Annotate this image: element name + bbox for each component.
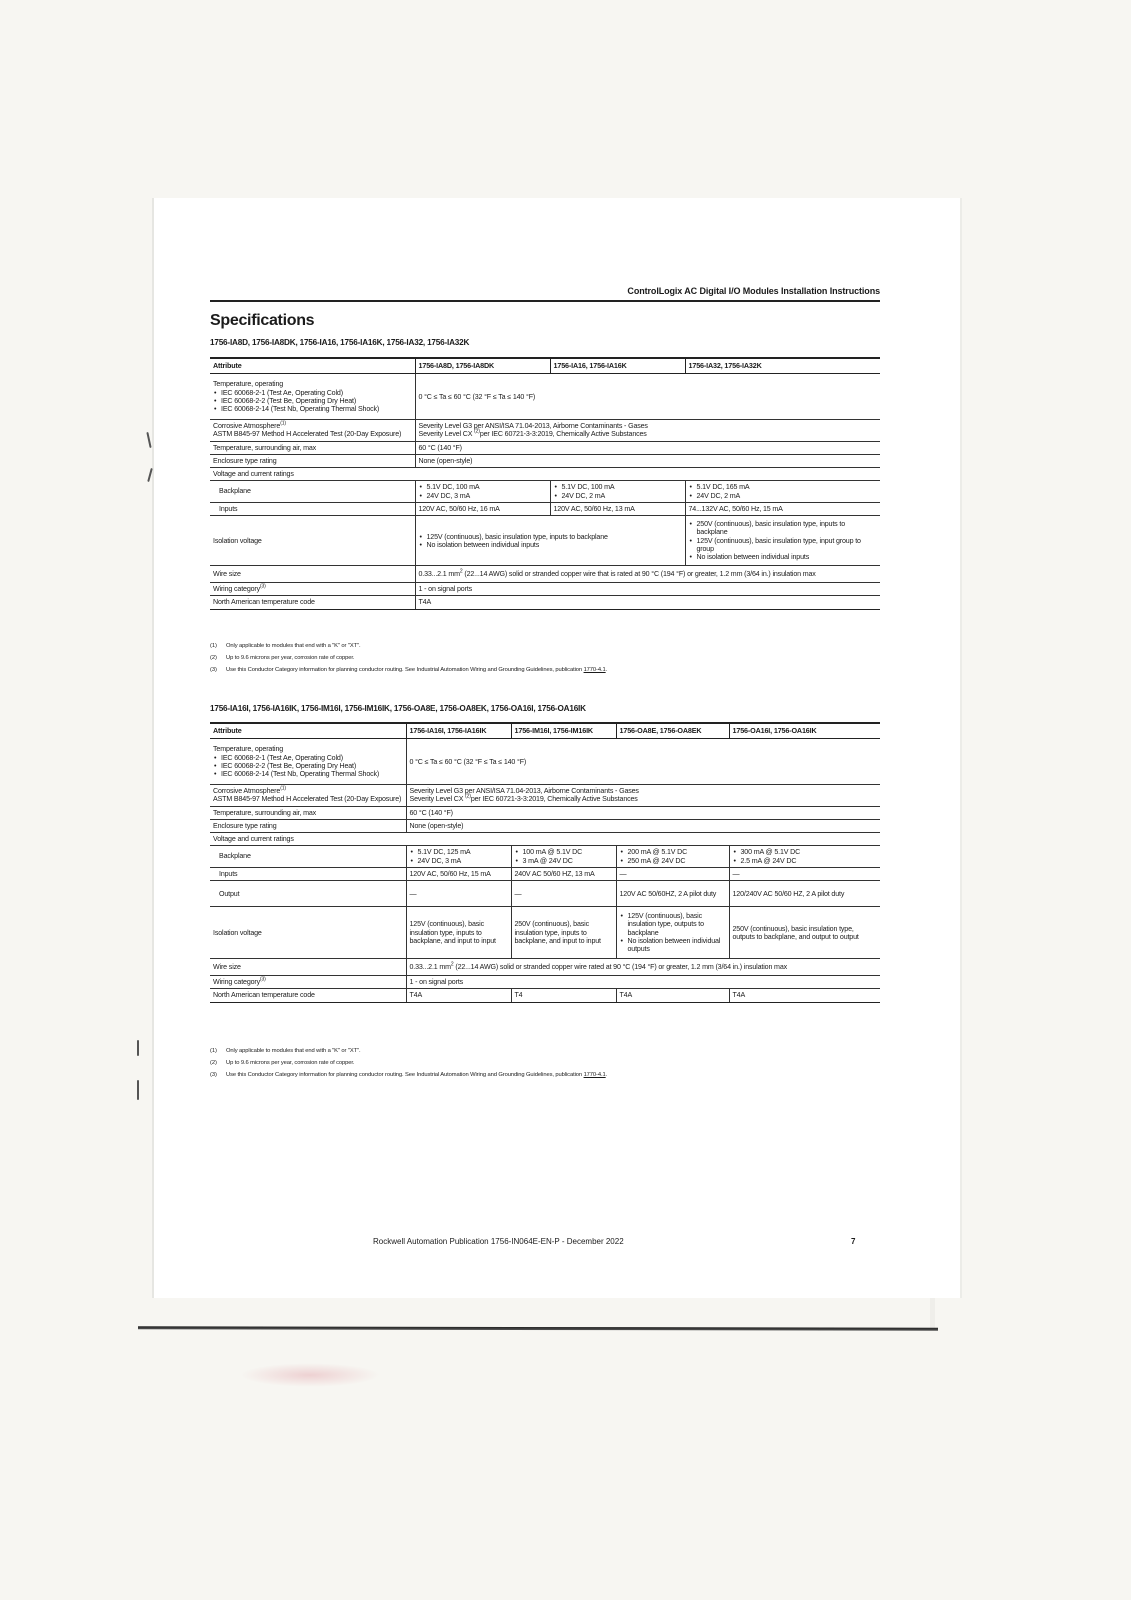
value-cell: 5.1V DC, 125 mA24V DC, 3 mA [406, 846, 511, 868]
footnote: (3)Use this Conductor Category informati… [210, 1072, 880, 1078]
value-cell: 100 mA @ 5.1V DC3 mA @ 24V DC [511, 846, 616, 868]
attribute-cell: Inputs [210, 868, 406, 881]
table-row: Wire size 0.33...2.1 mm2 (22...14 AWG) s… [210, 566, 880, 583]
attribute-cell: Wire size [210, 959, 406, 976]
column-header: 1756-OA16I, 1756-OA16IK [729, 723, 880, 739]
value-cell: T4A [415, 596, 880, 609]
attribute-cell: Corrosive Atmosphere(1) ASTM B845-97 Met… [210, 420, 415, 441]
running-head: ControlLogix AC Digital I/O Modules Inst… [210, 286, 880, 296]
value-cell: 240V AC 50/60 HZ, 13 mA [511, 868, 616, 881]
table-row: North American temperature code T4A T4 T… [210, 989, 880, 1002]
bullet-item: 250 mA @ 24V DC [628, 857, 726, 865]
bullet-item: IEC 60068-2-2 (Test Be, Operating Dry He… [221, 397, 412, 405]
ink-smudge [240, 1363, 380, 1387]
value-cell: 0 °C ≤ Ta ≤ 60 °C (32 °F ≤ Ta ≤ 140 °F) [415, 374, 880, 420]
table-row: Temperature, surrounding air, max 60 °C … [210, 806, 880, 819]
footnote-number: (2) [210, 1060, 226, 1066]
table-row: Isolation voltage 125V (continuous), bas… [210, 907, 880, 959]
bullet-item: 300 mA @ 5.1V DC [741, 848, 878, 856]
footnote-text: Only applicable to modules that end with… [226, 1048, 361, 1054]
bullet-item: 24V DC, 2 mA [697, 492, 878, 500]
table-row: Enclosure type rating None (open-style) [210, 454, 880, 467]
footnote: (1)Only applicable to modules that end w… [210, 643, 880, 649]
bullet-item: IEC 60068-2-14 (Test Nb, Operating Therm… [221, 405, 412, 413]
bullet-item: IEC 60068-2-1 (Test Ae, Operating Cold) [221, 389, 412, 397]
value-cell: Severity Level G3 per ANSI/ISA 71.04-201… [415, 420, 880, 441]
value-cell: 0.33...2.1 mm2 (22...14 AWG) solid or st… [415, 566, 880, 583]
column-header: 1756-IM16I, 1756-IM16IK [511, 723, 616, 739]
table-row: Isolation voltage 125V (continuous), bas… [210, 516, 880, 566]
attribute-cell: Temperature, operating IEC 60068-2-1 (Te… [210, 374, 415, 420]
bullet-item: 5.1V DC, 100 mA [562, 483, 682, 491]
table2-footnotes: (1)Only applicable to modules that end w… [210, 1048, 880, 1084]
spec-table-1: Attribute 1756-IA8D, 1756-IA8DK 1756-IA1… [210, 357, 880, 610]
spec-table-2: Attribute 1756-IA16I, 1756-IA16IK 1756-I… [210, 722, 880, 1003]
value-text: (22...14 AWG) solid or stranded copper w… [463, 570, 816, 578]
table-row: Temperature, operating IEC 60068-2-1 (Te… [210, 374, 880, 420]
bullet-list: IEC 60068-2-1 (Test Ae, Operating Cold) … [213, 389, 412, 413]
attribute-cell: Wiring category(3) [210, 976, 406, 989]
attribute-cell: Isolation voltage [210, 907, 406, 959]
footnote-text: Up to 9.6 microns per year, corrosion ra… [226, 1060, 354, 1066]
value-cell: None (open-style) [406, 819, 880, 832]
column-header: Attribute [210, 358, 415, 374]
value-cell: 120V AC 50/60HZ, 2 A pilot duty [616, 881, 729, 907]
column-header: 1756-IA16I, 1756-IA16IK [406, 723, 511, 739]
value-cell: T4A [406, 989, 511, 1002]
attribute-label: Wiring category [213, 585, 260, 593]
footnote-text: Use this Conductor Category information … [226, 1072, 584, 1078]
column-header: Attribute [210, 723, 406, 739]
scan-mark [137, 1080, 139, 1100]
footnote-number: (1) [210, 1048, 226, 1054]
value-cell: 250V (continuous), basic insulation type… [729, 907, 880, 959]
page-title: Specifications [210, 312, 314, 330]
value-cell: T4A [616, 989, 729, 1002]
attribute-label: Corrosive Atmosphere [213, 422, 280, 430]
table-section-row: Voltage and current ratings [210, 467, 880, 480]
footnote: (2)Up to 9.6 microns per year, corrosion… [210, 1060, 880, 1066]
bullet-item: 5.1V DC, 100 mA [427, 483, 547, 491]
bullet-item: 5.1V DC, 125 mA [418, 848, 508, 856]
table-row: Inputs 120V AC, 50/60 Hz, 15 mA 240V AC … [210, 868, 880, 881]
table1-footnotes: (1)Only applicable to modules that end w… [210, 643, 880, 679]
bullet-item: IEC 60068-2-2 (Test Be, Operating Dry He… [221, 762, 403, 770]
section-label: Voltage and current ratings [210, 832, 880, 845]
value-cell: 125V (continuous), basic insulation type… [415, 516, 685, 566]
attribute-cell: Output [210, 881, 406, 907]
attribute-label: Temperature, operating [213, 380, 412, 388]
attribute-cell: Backplane [210, 846, 406, 868]
value-cell: 0 °C ≤ Ta ≤ 60 °C (32 °F ≤ Ta ≤ 140 °F) [406, 739, 880, 785]
attribute-label: ASTM B845-97 Method H Accelerated Test (… [213, 795, 403, 803]
page-bottom-edge [138, 1326, 938, 1330]
attribute-cell: Corrosive Atmosphere(1) ASTM B845-97 Met… [210, 785, 406, 806]
value-cell: T4A [729, 989, 880, 1002]
value-cell: 74...132V AC, 50/60 Hz, 15 mA [685, 503, 880, 516]
bullet-list: IEC 60068-2-1 (Test Ae, Operating Cold) … [213, 754, 403, 778]
column-header: 1756-IA32, 1756-IA32K [685, 358, 880, 374]
table-row: Temperature, operating IEC 60068-2-1 (Te… [210, 739, 880, 785]
bullet-item: No isolation between individual outputs [628, 937, 726, 953]
scan-mark [137, 1040, 139, 1056]
table-row: Wiring category(3) 1 - on signal ports [210, 976, 880, 989]
bullet-item: 125V (continuous), basic insulation type… [427, 533, 682, 541]
attribute-cell: Wiring category(3) [210, 583, 415, 596]
table-row: Enclosure type rating None (open-style) [210, 819, 880, 832]
table-row: Output — — 120V AC 50/60HZ, 2 A pilot du… [210, 881, 880, 907]
footnote-ref: (1) [280, 786, 286, 792]
footnote-text: Use this Conductor Category information … [226, 667, 584, 673]
value-text: per IEC 60721-3-3:2019, Chemically Activ… [480, 430, 647, 438]
footnote-text: . [606, 667, 608, 673]
table-row: Inputs 120V AC, 50/60 Hz, 16 mA 120V AC,… [210, 503, 880, 516]
page-number: 7 [851, 1237, 855, 1246]
bullet-item: 24V DC, 3 mA [418, 857, 508, 865]
table-row: Backplane 5.1V DC, 100 mA24V DC, 3 mA 5.… [210, 481, 880, 503]
value-cell: — [729, 868, 880, 881]
value-text: Severity Level CX [410, 795, 466, 803]
publication-link[interactable]: 1770-4.1 [584, 667, 606, 673]
table-row: Corrosive Atmosphere(1) ASTM B845-97 Met… [210, 785, 880, 806]
attribute-cell: Enclosure type rating [210, 454, 415, 467]
value-text: per IEC 60721-3-3:2019, Chemically Activ… [471, 795, 638, 803]
scan-mark [146, 432, 151, 448]
bullet-item: 24V DC, 3 mA [427, 492, 547, 500]
table1-caption: 1756-IA8D, 1756-IA8DK, 1756-IA16, 1756-I… [210, 338, 469, 347]
table-header-row: Attribute 1756-IA16I, 1756-IA16IK 1756-I… [210, 723, 880, 739]
value-text: 0.33...2.1 mm [410, 963, 451, 971]
attribute-cell: Isolation voltage [210, 516, 415, 566]
bullet-item: 125V (continuous), basic insulation type… [697, 537, 878, 553]
table-header-row: Attribute 1756-IA8D, 1756-IA8DK 1756-IA1… [210, 358, 880, 374]
value-cell: None (open-style) [415, 454, 880, 467]
value-cell: 300 mA @ 5.1V DC2.5 mA @ 24V DC [729, 846, 880, 868]
table-row: Backplane 5.1V DC, 125 mA24V DC, 3 mA 10… [210, 846, 880, 868]
value-cell: Severity Level G3 per ANSI/ISA 71.04-201… [406, 785, 880, 806]
bullet-item: No isolation between individual inputs [697, 553, 878, 561]
value-cell: T4 [511, 989, 616, 1002]
attribute-label: Corrosive Atmosphere [213, 787, 280, 795]
value-cell: 1 - on signal ports [415, 583, 880, 596]
bullet-item: 3 mA @ 24V DC [523, 857, 613, 865]
value-text: (22...14 AWG) solid or stranded copper w… [454, 963, 787, 971]
footnote-ref: (3) [260, 977, 266, 983]
attribute-cell: North American temperature code [210, 989, 406, 1002]
value-cell: 120V AC, 50/60 Hz, 15 mA [406, 868, 511, 881]
attribute-cell: Temperature, operating IEC 60068-2-1 (Te… [210, 739, 406, 785]
bullet-item: 200 mA @ 5.1V DC [628, 848, 726, 856]
value-cell: 200 mA @ 5.1V DC250 mA @ 24V DC [616, 846, 729, 868]
value-cell: — [616, 868, 729, 881]
value-cell: 60 °C (140 °F) [415, 441, 880, 454]
footnote-number: (3) [210, 667, 226, 673]
value-text: Severity Level CX [419, 430, 475, 438]
column-header: 1756-IA16, 1756-IA16K [550, 358, 685, 374]
footnote-text: . [606, 1072, 608, 1078]
attribute-cell: Enclosure type rating [210, 819, 406, 832]
footnote-number: (1) [210, 643, 226, 649]
table-row: Wiring category(3) 1 - on signal ports [210, 583, 880, 596]
footnote-ref: (3) [260, 584, 266, 590]
attribute-label: Wiring category [213, 978, 260, 986]
bullet-item: IEC 60068-2-14 (Test Nb, Operating Therm… [221, 770, 403, 778]
footnote: (2)Up to 9.6 microns per year, corrosion… [210, 655, 880, 661]
attribute-label: ASTM B845-97 Method H Accelerated Test (… [213, 430, 412, 438]
bullet-item: 5.1V DC, 165 mA [697, 483, 878, 491]
footnote-number: (3) [210, 1072, 226, 1078]
section-label: Voltage and current ratings [210, 467, 880, 480]
footnote: (3)Use this Conductor Category informati… [210, 667, 880, 673]
value-cell: 120V AC, 50/60 Hz, 16 mA [415, 503, 550, 516]
table2-caption: 1756-IA16I, 1756-IA16IK, 1756-IM16I, 175… [210, 704, 586, 713]
value-cell: 5.1V DC, 100 mA24V DC, 3 mA [415, 481, 550, 503]
bullet-item: IEC 60068-2-1 (Test Ae, Operating Cold) [221, 754, 403, 762]
attribute-cell: Backplane [210, 481, 415, 503]
column-header: 1756-IA8D, 1756-IA8DK [415, 358, 550, 374]
value-cell: 120/240V AC 50/60 HZ, 2 A pilot duty [729, 881, 880, 907]
attribute-cell: North American temperature code [210, 596, 415, 609]
bullet-item: 100 mA @ 5.1V DC [523, 848, 613, 856]
column-header: 1756-OA8E, 1756-OA8EK [616, 723, 729, 739]
table-row: North American temperature code T4A [210, 596, 880, 609]
bullet-item: No isolation between individual inputs [427, 541, 682, 549]
value-cell: 60 °C (140 °F) [406, 806, 880, 819]
value-cell: 5.1V DC, 100 mA24V DC, 2 mA [550, 481, 685, 503]
value-text: 0.33...2.1 mm [419, 570, 460, 578]
header-rule [210, 300, 880, 302]
attribute-cell: Temperature, surrounding air, max [210, 441, 415, 454]
table-row: Wire size 0.33...2.1 mm2 (22...14 AWG) s… [210, 959, 880, 976]
attribute-cell: Temperature, surrounding air, max [210, 806, 406, 819]
value-cell: 250V (continuous), basic insulation type… [511, 907, 616, 959]
value-cell: 125V (continuous), basic insulation type… [406, 907, 511, 959]
footnote: (1)Only applicable to modules that end w… [210, 1048, 880, 1054]
bullet-item: 2.5 mA @ 24V DC [741, 857, 878, 865]
bullet-item: 250V (continuous), basic insulation type… [697, 520, 878, 536]
value-cell: 120V AC, 50/60 Hz, 13 mA [550, 503, 685, 516]
table-row: Corrosive Atmosphere(1) ASTM B845-97 Met… [210, 420, 880, 441]
table-row: Temperature, surrounding air, max 60 °C … [210, 441, 880, 454]
footnote-ref: (1) [280, 421, 286, 427]
value-cell: 125V (continuous), basic insulation type… [616, 907, 729, 959]
value-cell: 5.1V DC, 165 mA24V DC, 2 mA [685, 481, 880, 503]
value-cell: — [511, 881, 616, 907]
publication-footer: Rockwell Automation Publication 1756-IN0… [373, 1237, 624, 1246]
bullet-item: 24V DC, 2 mA [562, 492, 682, 500]
value-cell: 250V (continuous), basic insulation type… [685, 516, 880, 566]
value-cell: — [406, 881, 511, 907]
footnote-number: (2) [210, 655, 226, 661]
value-cell: 0.33...2.1 mm2 (22...14 AWG) solid or st… [406, 959, 880, 976]
publication-link[interactable]: 1770-4.1 [584, 1072, 606, 1078]
footnote-text: Only applicable to modules that end with… [226, 643, 361, 649]
attribute-label: Temperature, operating [213, 745, 403, 753]
table-section-row: Voltage and current ratings [210, 832, 880, 845]
attribute-cell: Wire size [210, 566, 415, 583]
value-cell: 1 - on signal ports [406, 976, 880, 989]
bullet-item: 125V (continuous), basic insulation type… [628, 912, 726, 936]
footnote-text: Up to 9.6 microns per year, corrosion ra… [226, 655, 354, 661]
attribute-cell: Inputs [210, 503, 415, 516]
